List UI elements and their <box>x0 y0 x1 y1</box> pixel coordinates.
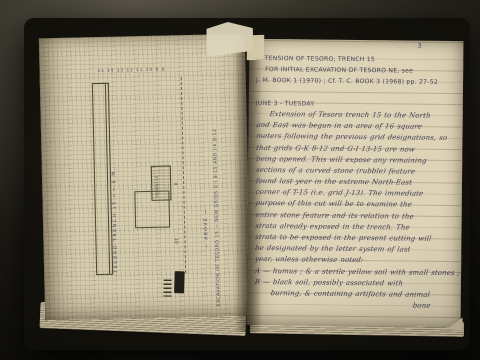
grid-axis-line <box>181 77 186 273</box>
axis-number-10: 10 <box>173 238 178 244</box>
page-number: 3 <box>417 42 421 50</box>
grid-numbers-row: 15 14 13 12 11 10 9 8 <box>98 66 198 73</box>
excavation-square-outline <box>134 190 170 228</box>
page-corner-curl <box>446 317 463 331</box>
left-page: 15 14 13 12 11 10 9 8 TESORO TRENCH 15 ←… <box>39 34 251 321</box>
entry-body-line: bone <box>254 299 459 312</box>
entry-citation: J. M. BOOK 1 (1970) ; Cf. T. C. BOOK 3 (… <box>256 75 460 88</box>
tape-strip-gutter <box>245 33 266 62</box>
notebook-entry: EXTENSION OF TESORO, TRENCH 15 FOR INITI… <box>254 53 461 312</box>
caption-main: EXCAVATION OF TESORO 15 — NEW GRIDS G-I … <box>211 62 222 306</box>
caption-above: — ABOVE — <box>202 153 209 249</box>
right-page: 3 EXTENSION OF TESORO, TRENCH 15 FOR INI… <box>247 39 464 327</box>
ink-stamp <box>174 271 185 293</box>
stamp-marks <box>163 279 171 296</box>
axis-number-8: 8 <box>172 182 177 185</box>
photo-background: 15 14 13 12 11 10 9 8 TESORO TRENCH 15 ←… <box>0 0 480 360</box>
